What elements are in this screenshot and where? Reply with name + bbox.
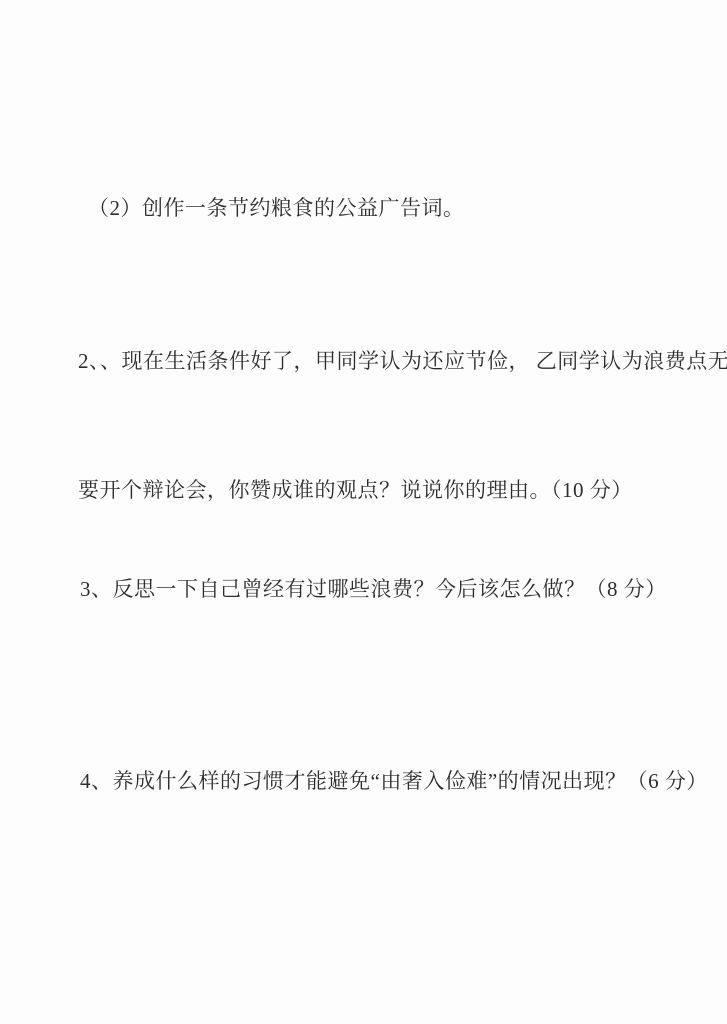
document-page: （2）创作一条节约粮食的公益广告词。 2、、现在生活条件好了，甲同学认为还应节俭… <box>0 0 727 1024</box>
question-4: 4、养成什么样的习惯才能避免“由奢入俭难”的情况出现？（6 分） <box>80 674 708 889</box>
question-3: 3、反思一下自己曾经有过哪些浪费？今后该怎么做？（8 分） <box>80 482 667 697</box>
question-2-sub2-text: （2）创作一条节约粮食的公益广告词。 <box>88 187 465 230</box>
question-3-text: 3、反思一下自己曾经有过哪些浪费？今后该怎么做？（8 分） <box>80 568 667 611</box>
question-2-text-line-1: 2、、现在生活条件好了，甲同学认为还应节俭， 乙同学认为浪费点无所谓， <box>78 340 727 383</box>
question-4-text: 4、养成什么样的习惯才能避免“由奢入俭难”的情况出现？（6 分） <box>80 760 708 803</box>
